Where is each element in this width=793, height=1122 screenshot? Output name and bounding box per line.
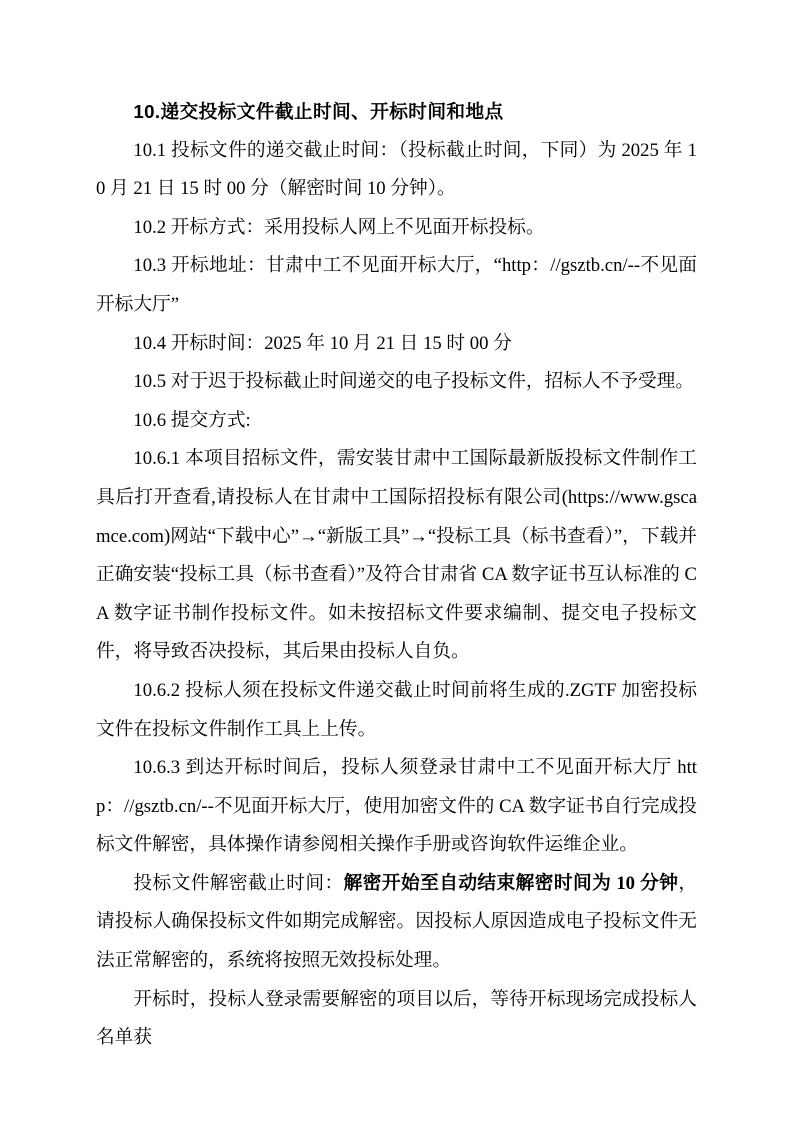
- document-page: 10.递交投标文件截止时间、开标时间和地点 10.1 投标文件的递交截止时间：（…: [0, 0, 793, 1122]
- paragraph-opening-note: 开标时，投标人登录需要解密的项目以后，等待开标现场完成投标人名单获: [96, 981, 697, 1058]
- paragraph-10-5: 10.5 对于迟于投标截止时间递交的电子投标文件，招标人不予受理。: [96, 363, 697, 402]
- paragraph-10-6-2: 10.6.2 投标人须在投标文件递交截止时间前将生成的.ZGTF 加密投标文件在…: [96, 672, 697, 749]
- section-heading: 10.递交投标文件截止时间、开标时间和地点: [96, 93, 697, 132]
- paragraph-10-6-3: 10.6.3 到达开标时间后，投标人须登录甘肃中工不见面开标大厅 http：//…: [96, 749, 697, 865]
- paragraph-decrypt-deadline: 投标文件解密截止时间：解密开始至自动结束解密时间为 10 分钟，请投标人确保投标…: [96, 865, 697, 981]
- paragraph-10-3: 10.3 开标地址：甘肃中工不见面开标大厅，“http：//gsztb.cn/-…: [96, 247, 697, 324]
- paragraph-10-4: 10.4 开标时间：2025 年 10 月 21 日 15 时 00 分: [96, 325, 697, 364]
- paragraph-10-2: 10.2 开标方式：采用投标人网上不见面开标投标。: [96, 209, 697, 248]
- paragraph-10-6: 10.6 提交方式:: [96, 402, 697, 441]
- paragraph-10-1: 10.1 投标文件的递交截止时间：（投标截止时间，下同）为 2025 年 10 …: [96, 132, 697, 209]
- paragraph-10-6-1: 10.6.1 本项目招标文件，需安装甘肃中工国际最新版投标文件制作工具后打开查看…: [96, 440, 697, 672]
- decrypt-deadline-label: 投标文件解密截止时间：: [133, 873, 343, 894]
- decrypt-duration-emphasis: 解密开始至自动结束解密时间为 10 分钟: [344, 873, 679, 894]
